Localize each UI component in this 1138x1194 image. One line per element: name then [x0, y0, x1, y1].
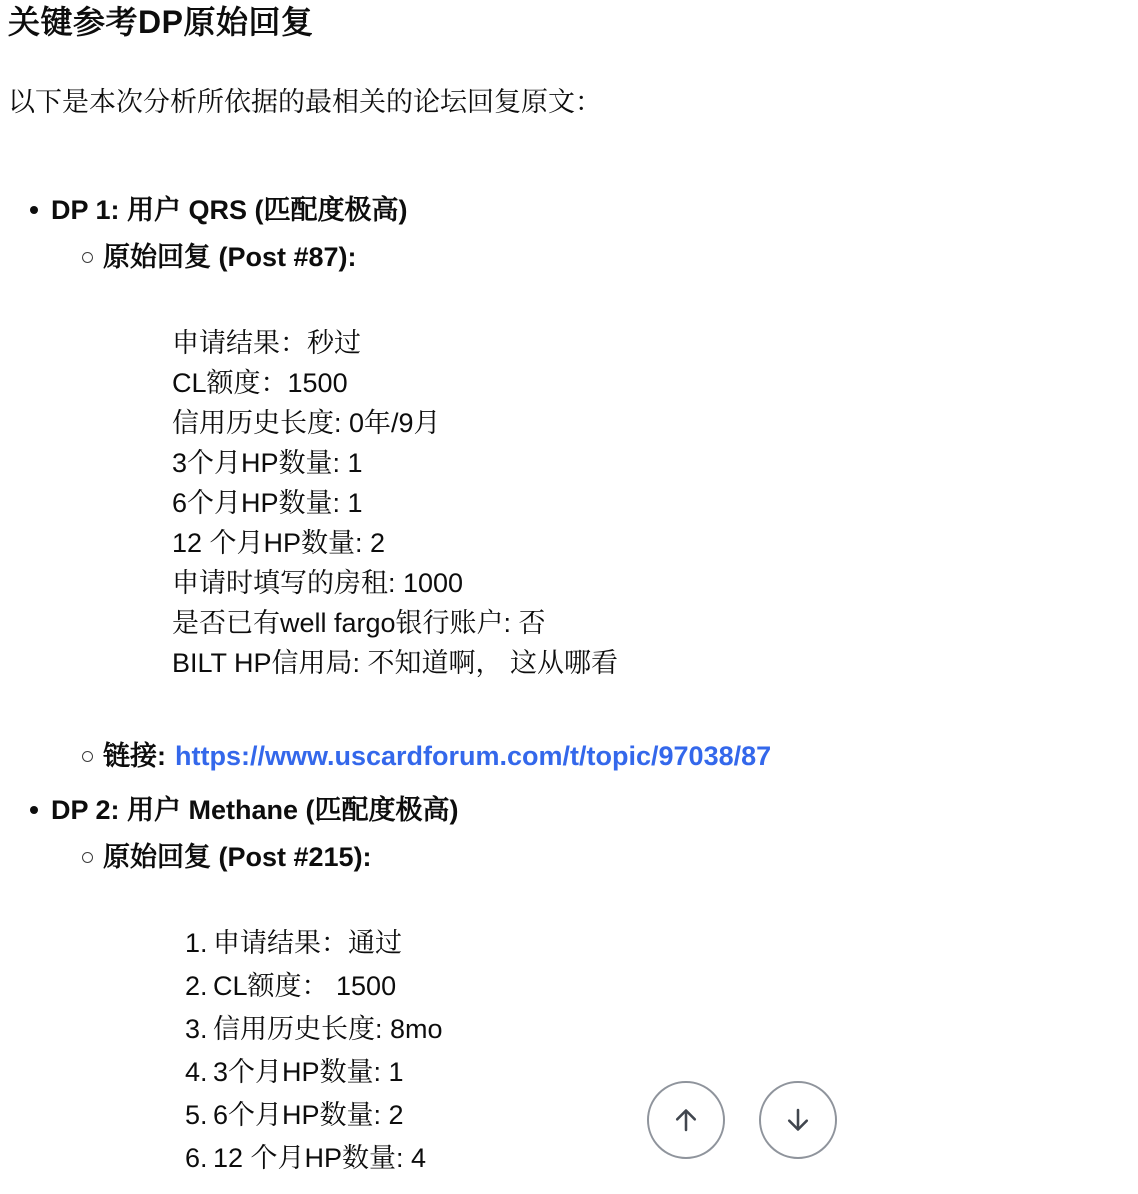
bullet-dot-icon [30, 806, 38, 814]
item-number: 2. [185, 966, 213, 1006]
bullet-circle-icon [82, 252, 93, 263]
dp1-post-item: 原始回复 (Post #87): 申请结果：秒过 CL额度：1500 信用历史长… [51, 237, 1138, 729]
quote-line: CL额度：1500 [172, 363, 1138, 403]
dp-list: DP 1: 用户 QRS (匹配度极高) 原始回复 (Post #87): 申请… [8, 190, 1138, 1188]
dp2-post-label: 原始回复 (Post #215): [103, 842, 372, 872]
scroll-up-button[interactable] [647, 1081, 725, 1159]
bullet-circle-icon [82, 751, 93, 762]
quote-line: 是否已有well fargo银行账户: 否 [172, 603, 1138, 643]
dp2-list-item: DP 2: 用户 Methane (匹配度极高) 原始回复 (Post #215… [8, 790, 1138, 1188]
quote-line: 12 个月HP数量: 2 [172, 523, 1138, 563]
chat-response-document: 关键参考DP原始回复 以下是本次分析所依据的最相关的论坛回复原文： DP 1: … [0, 0, 1138, 1188]
quote-line: 6个月HP数量: 1 [172, 483, 1138, 523]
item-number: 5. [185, 1095, 213, 1135]
item-text: CL额度： 1500 [213, 966, 396, 1006]
dp1-sublist: 原始回复 (Post #87): 申请结果：秒过 CL额度：1500 信用历史长… [51, 237, 1138, 776]
quote-line: 申请结果：秒过 [172, 323, 1138, 363]
item-number: 4. [185, 1052, 213, 1092]
dp2-post-item: 原始回复 (Post #215): 1. 申请结果：通过 2. CL额度： 15… [51, 837, 1138, 1181]
numbered-item: 3. 信用历史长度: 8mo [172, 1009, 1138, 1049]
scroll-down-button[interactable] [759, 1081, 837, 1159]
intro-paragraph: 以下是本次分析所依据的最相关的论坛回复原文： [8, 82, 1138, 122]
dp1-quote-block: 申请结果：秒过 CL额度：1500 信用历史长度: 0年/9月 3个月HP数量:… [172, 323, 1138, 683]
bullet-circle-icon [82, 852, 93, 863]
quote-line: 申请时填写的房租: 1000 [172, 563, 1138, 603]
item-text: 12 个月HP数量: 4 [213, 1138, 426, 1178]
item-text: 信用历史长度: 8mo [213, 1009, 443, 1049]
item-number: 3. [185, 1009, 213, 1049]
quote-line: 3个月HP数量: 1 [172, 443, 1138, 483]
link-label: 链接: [103, 741, 166, 771]
dp1-heading: DP 1: 用户 QRS (匹配度极高) [51, 195, 408, 225]
dp1-post-label: 原始回复 (Post #87): [103, 242, 357, 272]
arrow-down-icon [781, 1103, 815, 1137]
numbered-item: 1. 申请结果：通过 [172, 923, 1138, 963]
dp2-sublist: 原始回复 (Post #215): 1. 申请结果：通过 2. CL额度： 15… [51, 837, 1138, 1181]
section-title: 关键参考DP原始回复 [8, 3, 1138, 41]
item-text: 申请结果：通过 [213, 923, 402, 963]
item-number: 1. [185, 923, 213, 963]
bullet-dot-icon [30, 206, 38, 214]
item-number: 6. [185, 1138, 213, 1178]
item-text: 3个月HP数量: 1 [213, 1052, 404, 1092]
numbered-item: 2. CL额度： 1500 [172, 966, 1138, 1006]
numbered-item: 4. 3个月HP数量: 1 [172, 1052, 1138, 1092]
forum-topic-link[interactable]: https://www.uscardforum.com/t/topic/9703… [175, 741, 771, 771]
arrow-up-icon [669, 1103, 703, 1137]
item-text: 6个月HP数量: 2 [213, 1095, 404, 1135]
dp1-link-item: 链接:https://www.uscardforum.com/t/topic/9… [51, 736, 1138, 776]
dp1-list-item: DP 1: 用户 QRS (匹配度极高) 原始回复 (Post #87): 申请… [8, 190, 1138, 783]
dp2-heading: DP 2: 用户 Methane (匹配度极高) [51, 795, 459, 825]
quote-line: BILT HP信用局: 不知道啊， 这从哪看 [172, 643, 1138, 683]
quote-line: 信用历史长度: 0年/9月 [172, 403, 1138, 443]
